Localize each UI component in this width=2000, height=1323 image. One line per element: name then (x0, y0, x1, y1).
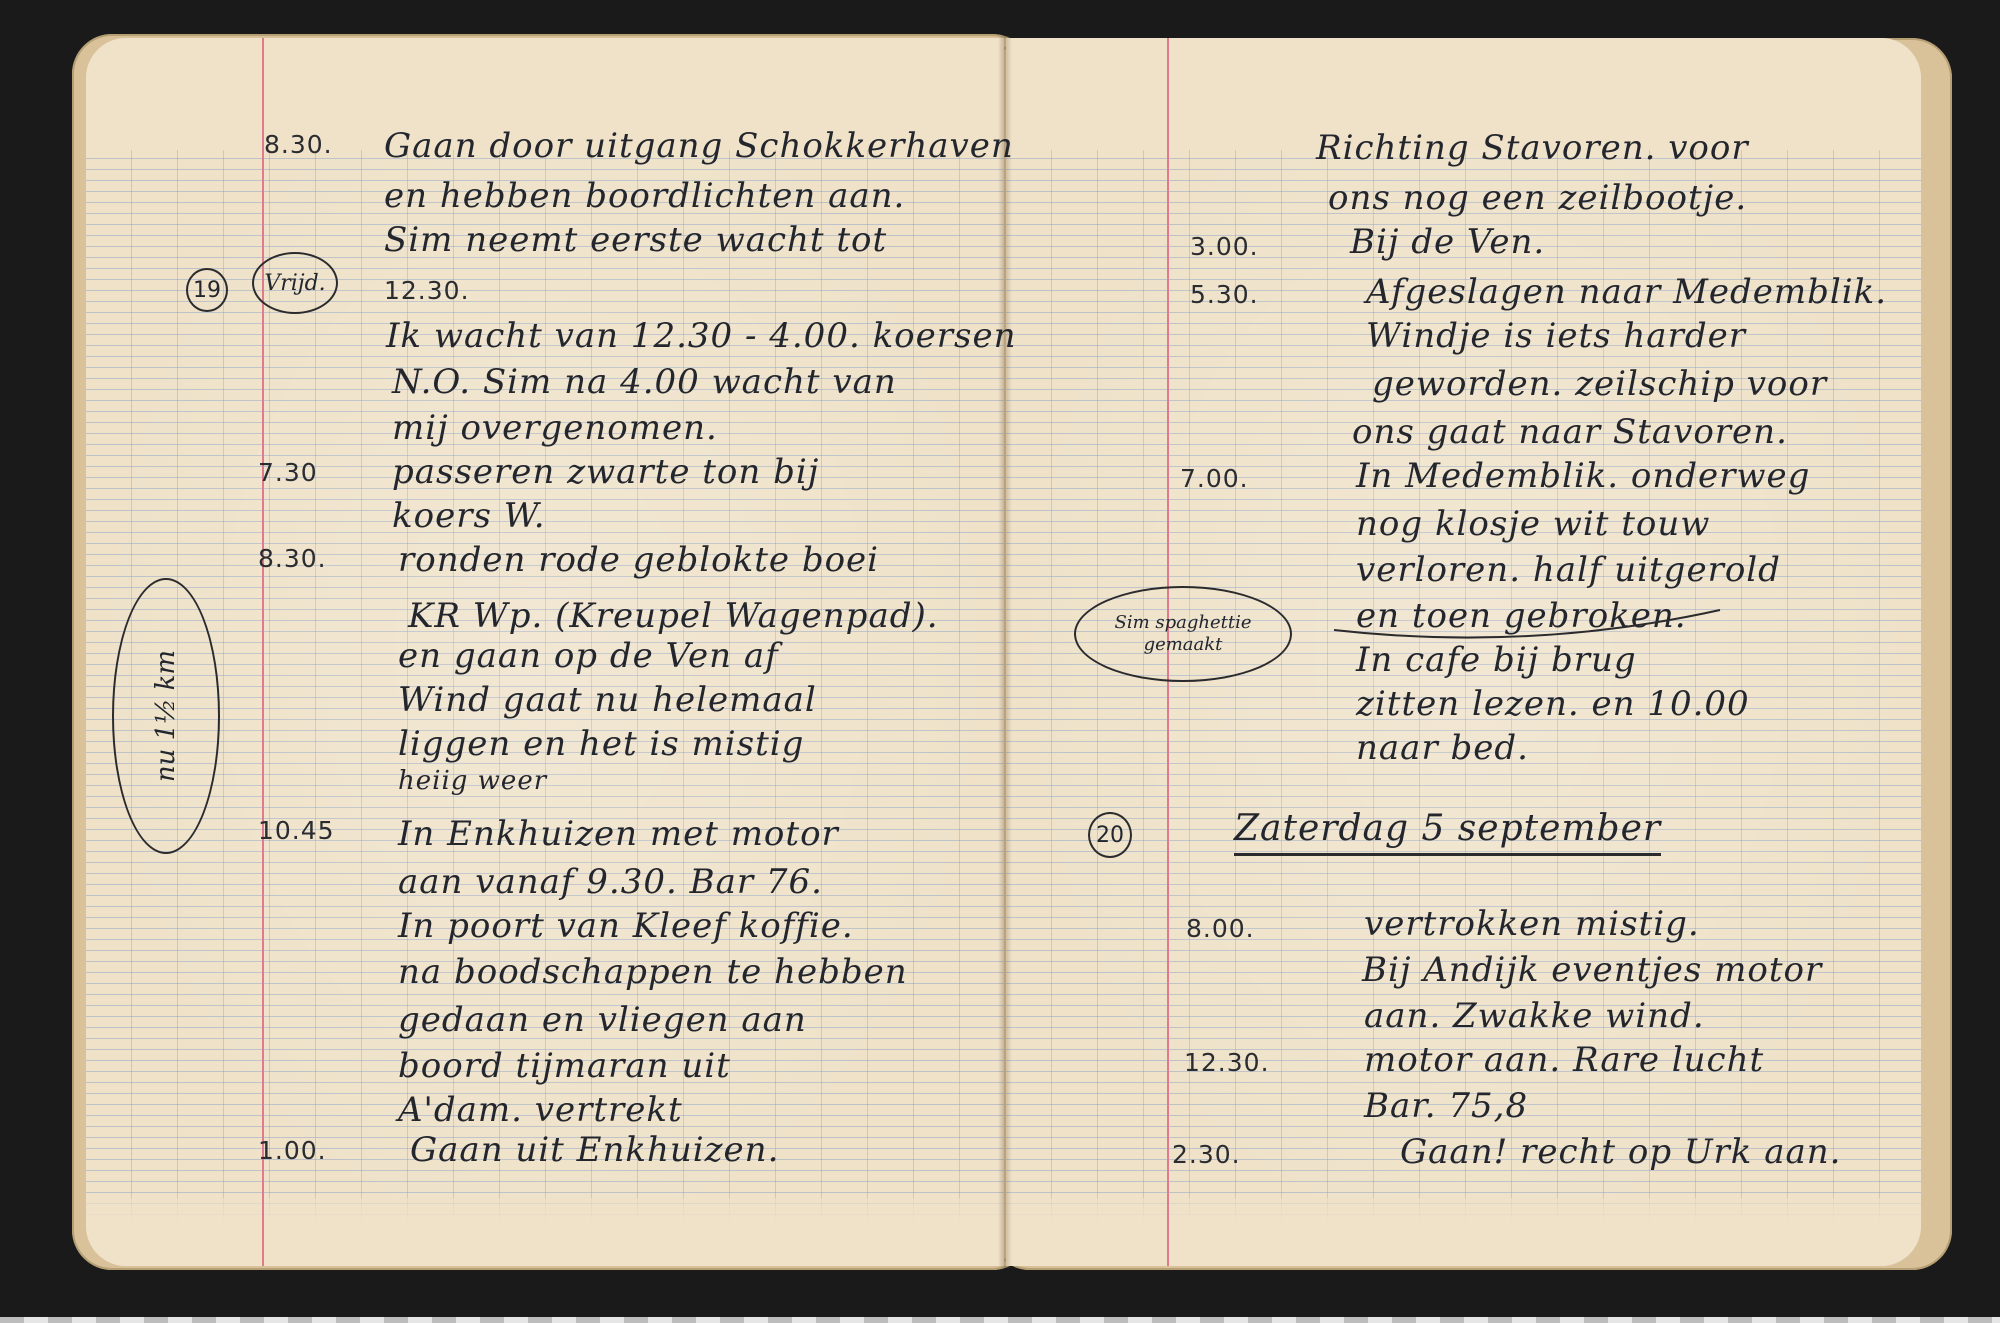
entry-line: liggen en het is mistig (398, 724, 804, 764)
entry-time: 8.30. (264, 130, 333, 159)
day-number-badge: 20 (1088, 812, 1132, 858)
entry-line: verloren. half uitgerold (1356, 550, 1781, 590)
entry-line: Gaan! recht op Urk aan. (1400, 1132, 1841, 1172)
entry-time: 8.00. (1186, 914, 1255, 943)
entry-line: vertrokken mistig. (1364, 904, 1700, 944)
entry-line: aan vanaf 9.30. Bar 76. (398, 862, 823, 902)
entry-time: 3.00. (1190, 232, 1259, 261)
entry-line: motor aan. Rare lucht (1364, 1040, 1764, 1080)
entry-line: Gaan door uitgang Schokkerhaven (384, 126, 1014, 166)
entry-line: In Enkhuizen met motor (398, 814, 839, 854)
entry-line: In Medemblik. onderweg (1356, 456, 1810, 496)
margin-note-dinner: Sim spaghettie gemaakt (1074, 586, 1292, 682)
day-label-badge: Vrijd. (252, 252, 338, 314)
entry-line: aan. Zwakke wind. (1364, 996, 1705, 1036)
entry-line: naar bed. (1356, 728, 1529, 768)
entry-line: Sim neemt eerste wacht tot (384, 220, 887, 260)
entry-time: 8.30. (258, 544, 327, 573)
entry-line: passeren zwarte ton bij (392, 452, 819, 492)
entry-time: 1.00. (258, 1136, 327, 1165)
entry-time: 12.30. (1184, 1048, 1270, 1077)
entry-line: heiig weer (398, 766, 547, 796)
entry-line: en hebben boordlichten aan. (384, 176, 905, 216)
entry-line: ronden rode geblokte boei (398, 540, 879, 580)
connector-curve (1330, 600, 1730, 660)
day-number-badge: 19 (186, 268, 228, 312)
entry-time: 10.45 (258, 816, 335, 845)
entry-line: Bar. 75,8 (1364, 1086, 1528, 1126)
entry-time: 2.30. (1172, 1140, 1241, 1169)
entry-line: Afgeslagen naar Medemblik. (1366, 272, 1887, 312)
day-heading: Zaterdag 5 september (1234, 808, 1661, 856)
entry-line: Bij Andijk eventjes motor (1362, 950, 1822, 990)
entry-time: 7.30 (258, 458, 318, 487)
entry-line: Gaan uit Enkhuizen. (410, 1130, 779, 1170)
entry-time: 7.00. (1180, 464, 1249, 493)
entry-line: Ik wacht van 12.30 - 4.00. koersen (386, 316, 1016, 356)
entry-line: ons nog een zeilbootje. (1328, 178, 1747, 218)
margin-note-distance: nu 1½ km (112, 578, 220, 854)
entry-line: nog klosje wit touw (1356, 504, 1710, 544)
entry-line: ons gaat naar Stavoren. (1352, 412, 1788, 452)
entry-line: Bij de Ven. (1350, 222, 1545, 262)
entry-line: boord tijmaran uit (398, 1046, 731, 1086)
entry-line: mij overgenomen. (392, 408, 718, 448)
handwriting-layer: 19 Vrijd. nu 1½ km 8.30. Gaan door uitga… (0, 0, 2000, 1323)
entry-line: Windje is iets harder (1366, 316, 1746, 356)
entry-line: gedaan en vliegen aan (398, 1000, 807, 1040)
entry-line: Wind gaat nu helemaal (398, 680, 817, 720)
entry-line: A'dam. vertrekt (398, 1090, 683, 1130)
entry-line: en gaan op de Ven af (398, 636, 779, 676)
entry-line: koers W. (392, 496, 546, 536)
entry-line: KR Wp. (Kreupel Wagenpad). (408, 596, 939, 636)
entry-time: 5.30. (1190, 280, 1259, 309)
entry-line: N.O. Sim na 4.00 wacht van (392, 362, 897, 402)
entry-line: zitten lezen. en 10.00 (1356, 684, 1750, 724)
entry-line: Richting Stavoren. voor (1316, 128, 1749, 168)
entry-line: geworden. zeilschip voor (1372, 364, 1827, 404)
entry-line: In poort van Kleef koffie. (398, 906, 854, 946)
entry-line: na boodschappen te hebben (398, 952, 908, 992)
entry-line: 12.30. (384, 276, 470, 305)
